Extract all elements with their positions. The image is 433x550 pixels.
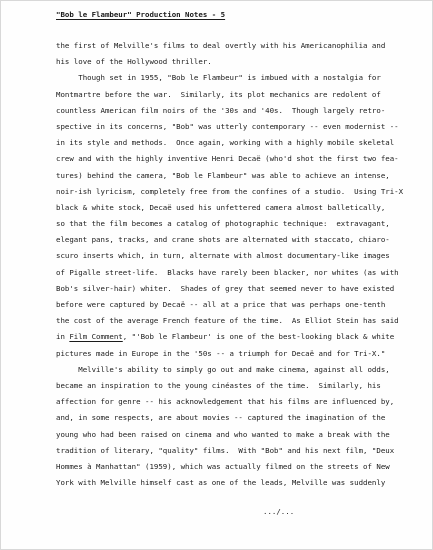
- text-line: noir-ish lyricism, completely free from …: [56, 184, 411, 200]
- text-line: Melville's ability to simply go out and …: [56, 362, 411, 378]
- text-line: his love of the Hollywood thriller.: [56, 54, 411, 70]
- text-line: Hommes à Manhattan" (1959), which was ac…: [56, 459, 411, 475]
- text-line: pictures made in Europe in the '50s -- a…: [56, 346, 411, 362]
- text-line: of Pigalle street-life. Blacks have rare…: [56, 265, 411, 281]
- citation-film-comment: Film Comment: [69, 332, 122, 341]
- text-line: the cost of the average French feature o…: [56, 313, 411, 329]
- text-segment: in: [56, 332, 69, 341]
- text-line-with-citation: in Film Comment, "'Bob le Flambeur' is o…: [56, 329, 411, 345]
- text-line: elegant pans, tracks, and crane shots ar…: [56, 232, 411, 248]
- text-line: Though set in 1955, "Bob le Flambeur" is…: [56, 70, 411, 86]
- text-line: York with Melville himself cast as one o…: [56, 475, 411, 491]
- document-body: the first of Melville's films to deal ov…: [56, 38, 411, 491]
- text-line: the first of Melville's films to deal ov…: [56, 38, 411, 54]
- text-line: black & white stock, Decaë used his unfe…: [56, 200, 411, 216]
- text-segment: , "'Bob le Flambeur' is one of the best-…: [123, 332, 394, 341]
- text-line: young who had been raised on cinema and …: [56, 427, 411, 443]
- document-page: "Bob le Flambeur" Production Notes - 5 t…: [0, 0, 433, 550]
- continuation-mark: .../...: [263, 507, 294, 517]
- text-line: countless American film noirs of the '30…: [56, 103, 411, 119]
- page-header-title: "Bob le Flambeur" Production Notes - 5: [56, 10, 225, 20]
- text-line: crew and with the highly inventive Henri…: [56, 151, 411, 167]
- text-line: tradition of literary, "quality" films. …: [56, 443, 411, 459]
- text-line: Bob's silver-hair) whiter. Shades of gre…: [56, 281, 411, 297]
- text-line: scuro inserts which, in turn, alternate …: [56, 248, 411, 264]
- text-line: Montmartre before the war. Similarly, it…: [56, 87, 411, 103]
- text-line: before were captured by Decaë -- all at …: [56, 297, 411, 313]
- text-line: tures) behind the camera, "Bob le Flambe…: [56, 168, 411, 184]
- text-line: and, in some respects, are about movies …: [56, 410, 411, 426]
- text-line: became an inspiration to the young cinéa…: [56, 378, 411, 394]
- text-line: in its style and methods. Once again, wo…: [56, 135, 411, 151]
- text-line: so that the film becomes a catalog of ph…: [56, 216, 411, 232]
- text-line: spective in its concerns, "Bob" was utte…: [56, 119, 411, 135]
- text-line: affection for genre -- his acknowledgeme…: [56, 394, 411, 410]
